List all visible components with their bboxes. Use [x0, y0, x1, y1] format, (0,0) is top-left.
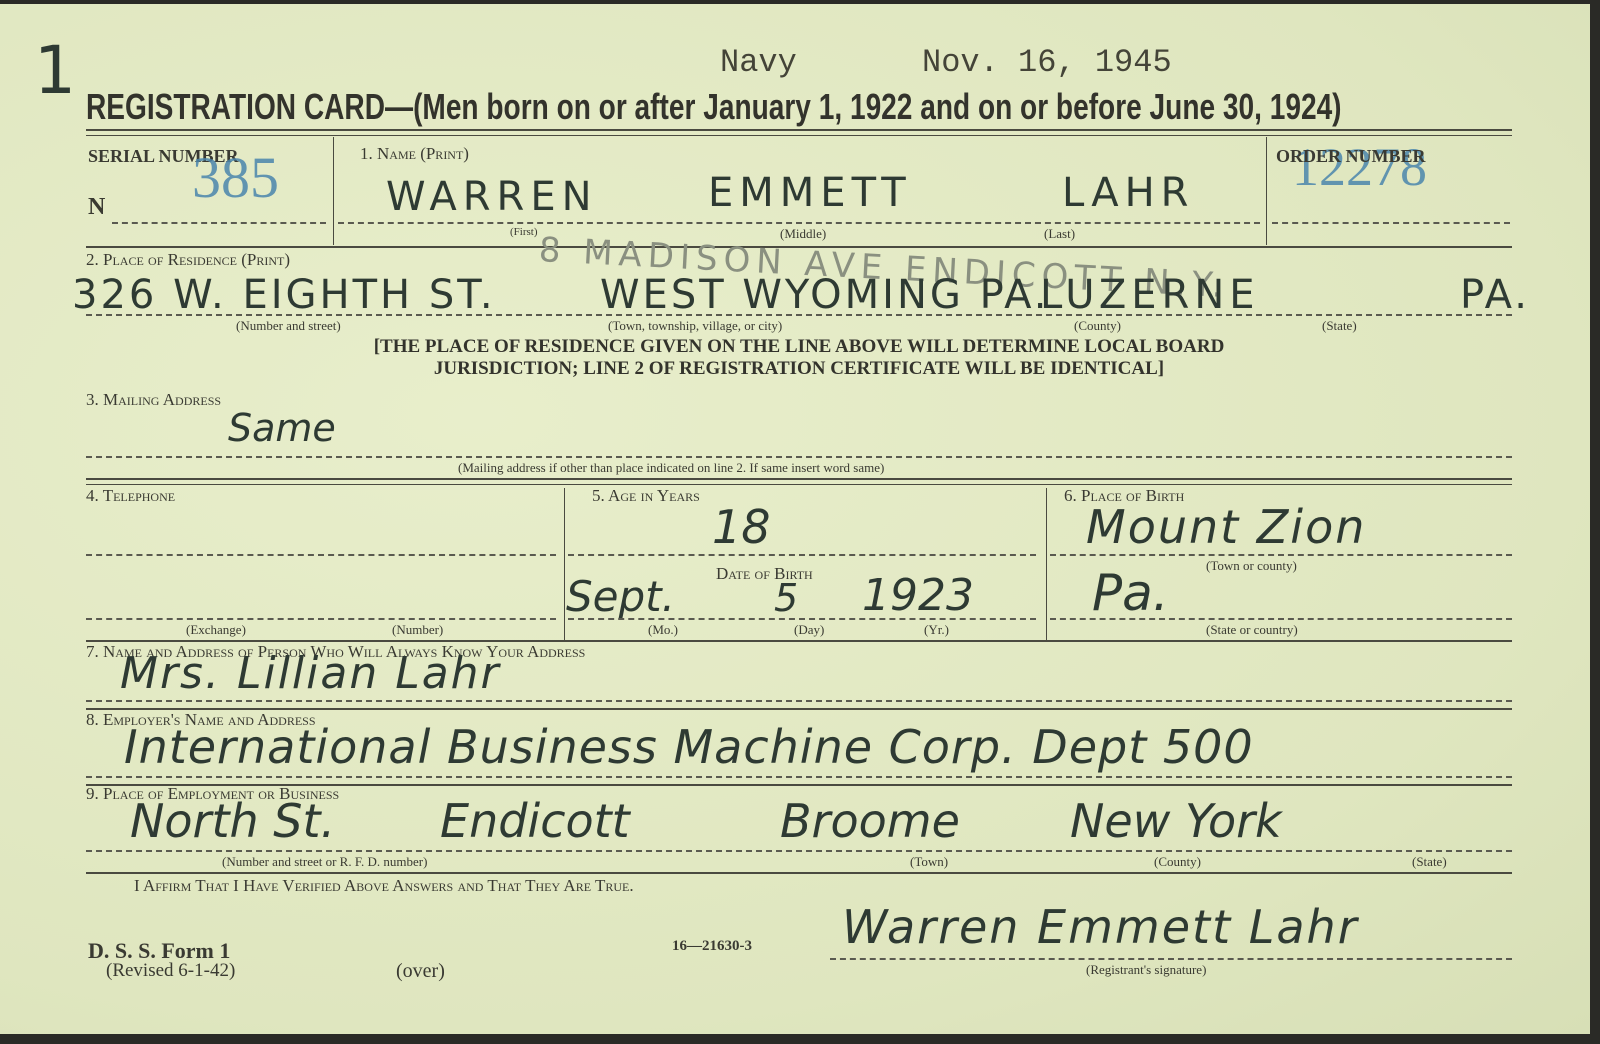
- residence-number-street: 326 W. EIGHTH ST.: [72, 272, 496, 318]
- caption-year: (Yr.): [924, 622, 949, 638]
- name-first: WARREN: [386, 174, 598, 220]
- divider: [1046, 488, 1047, 640]
- employer-line: [86, 776, 1512, 778]
- employment-street: North St.: [130, 794, 335, 848]
- employment-town: Endicott: [440, 794, 630, 848]
- employment-state: New York: [1070, 794, 1282, 848]
- order-line: [1272, 222, 1510, 224]
- form-revised: (Revised 6-1-42): [106, 960, 235, 982]
- mailing-line: [86, 456, 1512, 458]
- contact-line: [86, 700, 1512, 702]
- caption-employment-county: (County): [1154, 854, 1201, 870]
- caption-day: (Day): [794, 622, 824, 638]
- typed-branch: Navy: [720, 44, 797, 81]
- caption-first: (First): [510, 226, 538, 238]
- signature-line: [830, 958, 1512, 960]
- age-value: 18: [712, 500, 771, 554]
- caption-state-or-country: (State or country): [1206, 622, 1298, 638]
- order-number-label: ORDER NUMBER: [1276, 146, 1426, 167]
- caption-exchange: (Exchange): [186, 622, 246, 638]
- caption-employment-state: (State): [1412, 854, 1447, 870]
- employer-value: International Business Machine Corp. Dep…: [124, 720, 1254, 774]
- caption-county: (County): [1074, 318, 1121, 334]
- serial-prefix: N: [88, 194, 105, 221]
- print-code: 16—21630-3: [672, 938, 752, 955]
- residence-county: LUZERNE: [1040, 272, 1260, 318]
- age-label: 5. Age in Years: [592, 486, 700, 506]
- divider: [1266, 137, 1267, 245]
- signature-caption: (Registrant's signature): [1086, 962, 1206, 978]
- place-of-birth-state: Pa.: [1092, 564, 1169, 622]
- dob-line: [568, 618, 1036, 620]
- residence-line: [86, 314, 1512, 316]
- caption-town-or-county: (Town or county): [1206, 558, 1297, 574]
- caption-last: (Last): [1044, 226, 1075, 242]
- caption-number-street: (Number and street): [236, 318, 341, 334]
- registration-card: 1 Navy Nov. 16, 1945 REGISTRATION CARD—(…: [0, 4, 1590, 1034]
- birth-state-line: [1050, 618, 1512, 620]
- jurisdiction-notice-line1: [THE PLACE OF RESIDENCE GIVEN ON THE LIN…: [86, 336, 1512, 358]
- telephone-line-2: [86, 618, 556, 620]
- dob-year: 1923: [862, 570, 974, 621]
- serial-number-stamp: 385: [192, 144, 279, 211]
- caption-month: (Mo.): [648, 622, 678, 638]
- employment-county: Broome: [780, 794, 960, 848]
- caption-employment-street: (Number and street or R. F. D. number): [222, 854, 427, 870]
- name-last: LAHR: [1062, 170, 1194, 216]
- margin-mark: 1: [34, 32, 76, 109]
- registrant-signature: Warren Emmett Lahr: [842, 900, 1359, 954]
- name-middle: EMMETT: [708, 170, 912, 216]
- age-line: [568, 554, 1036, 556]
- dob-day: 5: [774, 576, 798, 620]
- dob-month: Sept.: [566, 572, 675, 621]
- telephone-label: 4. Telephone: [86, 486, 175, 506]
- employment-line: [86, 850, 1512, 852]
- caption-middle: (Middle): [780, 226, 826, 242]
- mailing-address-caption: (Mailing address if other than place ind…: [458, 460, 884, 476]
- rule: [86, 872, 1512, 874]
- dob-label: Date of Birth: [716, 564, 813, 584]
- mailing-address-label: 3. Mailing Address: [86, 390, 221, 410]
- birth-town-line: [1050, 554, 1512, 556]
- residence-state: PA.: [1460, 272, 1530, 318]
- mailing-address-value: Same: [228, 406, 336, 450]
- jurisdiction-notice-line2: JURISDICTION; LINE 2 OF REGISTRATION CER…: [86, 358, 1512, 380]
- caption-state: (State): [1322, 318, 1357, 334]
- name-label: 1. Name (Print): [360, 144, 469, 164]
- place-of-birth-town: Mount Zion: [1086, 500, 1366, 554]
- serial-line: [112, 222, 326, 224]
- affirmation-text: I Affirm That I Have Verified Above Answ…: [134, 876, 634, 896]
- over-note: (over): [396, 960, 445, 983]
- residence-label: 2. Place of Residence (Print): [86, 250, 290, 270]
- divider: [564, 488, 565, 640]
- card-title: REGISTRATION CARD—(Men born on or after …: [86, 86, 1342, 128]
- name-line: [338, 222, 1260, 224]
- rule-inner: [86, 484, 1512, 485]
- contact-person-value: Mrs. Lillian Lahr: [120, 648, 501, 699]
- divider: [333, 137, 334, 245]
- residence-town: WEST WYOMING PA.: [600, 272, 1050, 318]
- rule: [86, 478, 1512, 480]
- caption-employment-town: (Town): [910, 854, 948, 870]
- caption-number: (Number): [392, 622, 443, 638]
- top-rule: [86, 129, 1512, 131]
- typed-date: Nov. 16, 1945: [922, 44, 1172, 81]
- caption-town: (Town, township, village, or city): [608, 318, 782, 334]
- telephone-line-1: [86, 554, 556, 556]
